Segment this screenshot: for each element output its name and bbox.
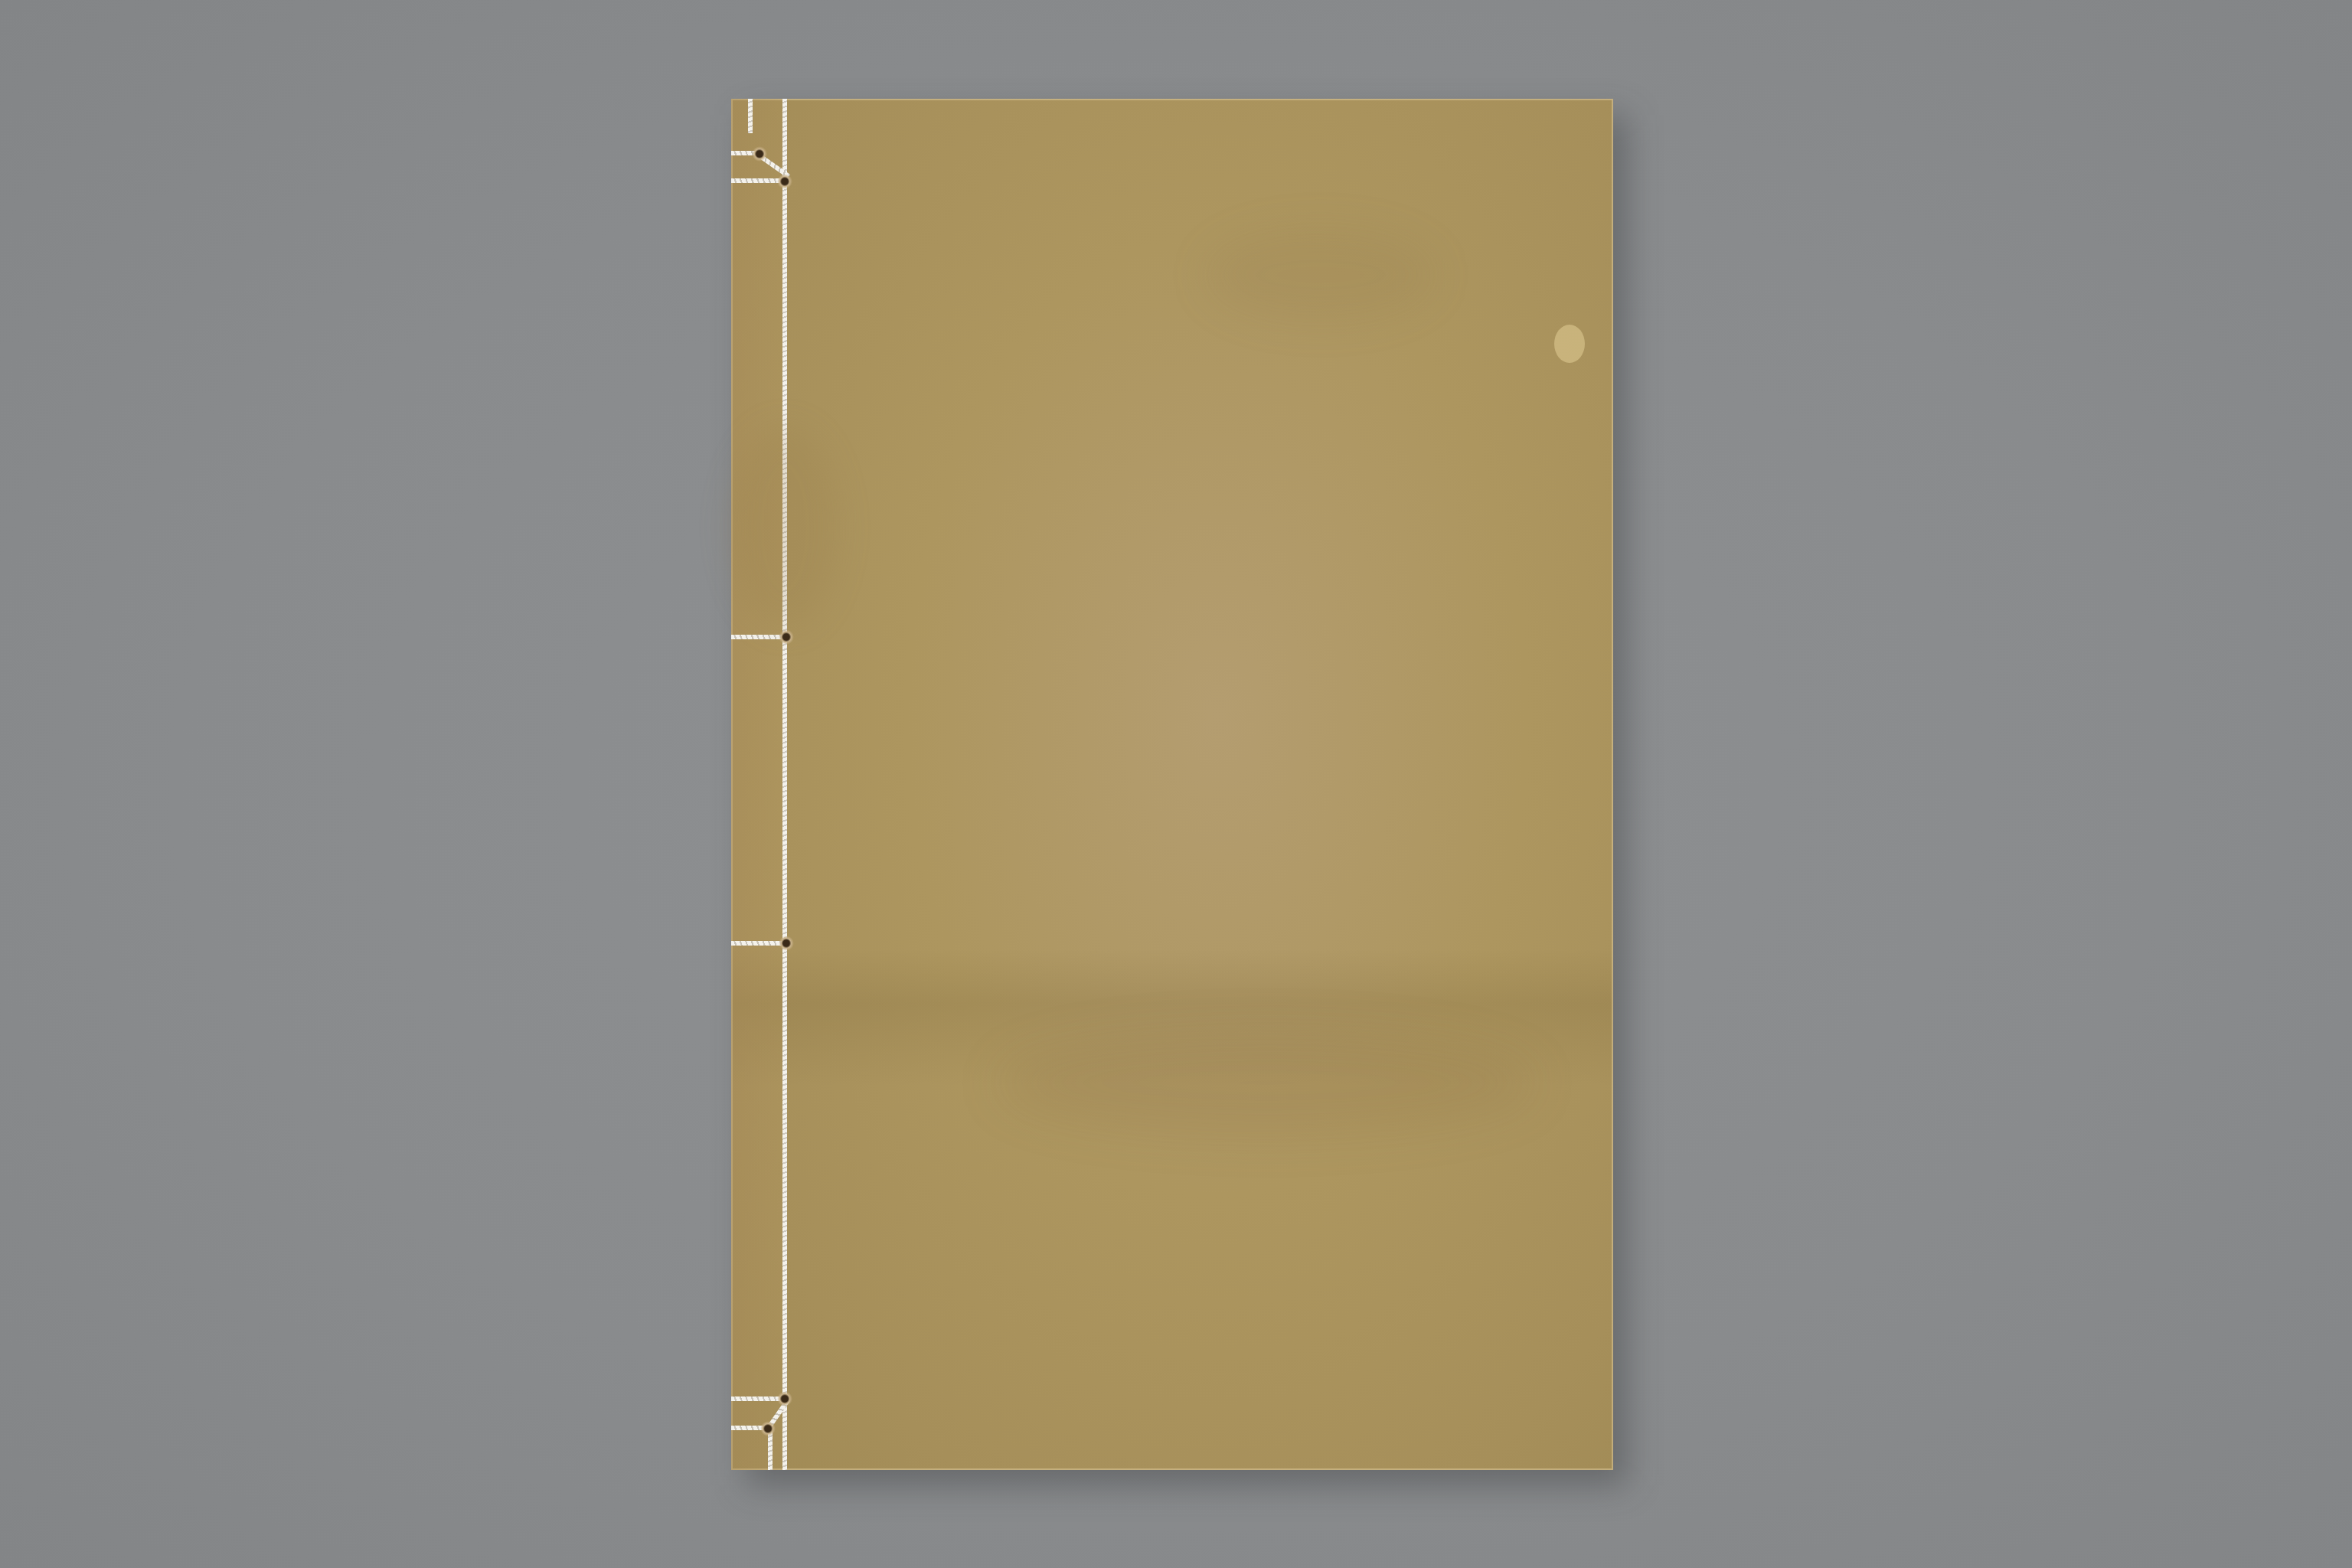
binding-hole (779, 629, 794, 645)
paper-stain (1554, 325, 1585, 363)
binding-hole (777, 174, 792, 189)
paper-stain (999, 1033, 1535, 1132)
binding-hole (777, 1391, 792, 1406)
corner-thread-top (748, 99, 753, 133)
spine-thread (782, 99, 787, 1470)
spine-area (731, 99, 785, 1470)
binding-hole (760, 1421, 776, 1436)
binding-hole (779, 936, 794, 951)
paper-stain (1206, 229, 1436, 321)
book-cover (731, 99, 1613, 1470)
binding-hole (752, 146, 767, 162)
paper-stain (731, 428, 838, 627)
